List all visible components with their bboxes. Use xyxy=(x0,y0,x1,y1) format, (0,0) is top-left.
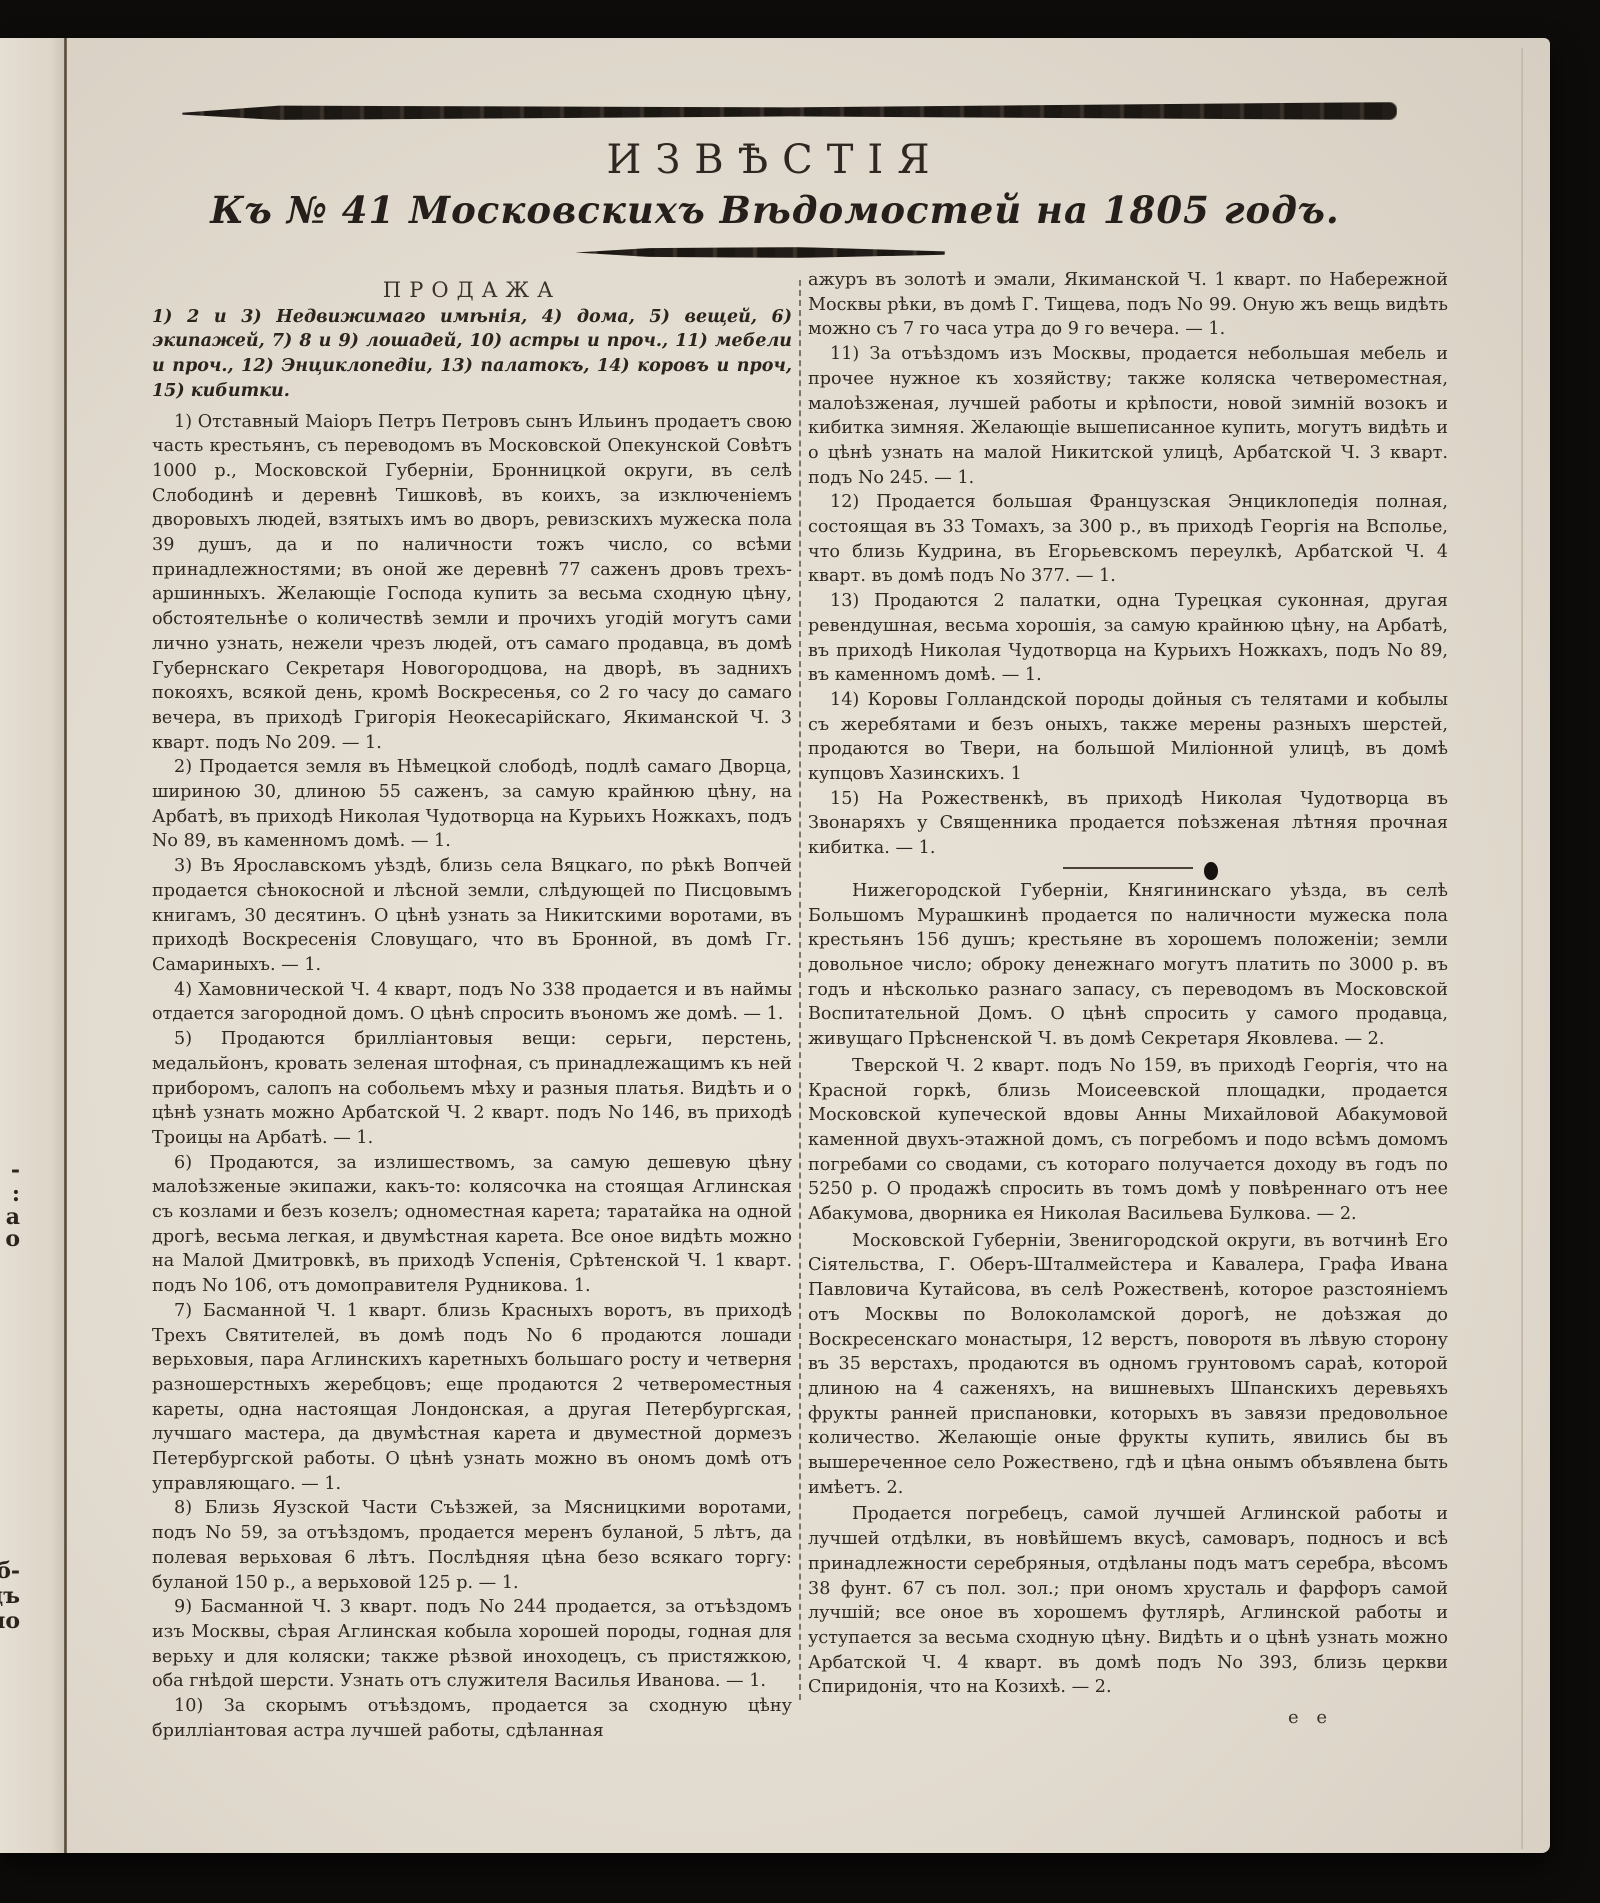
advert-7: 7) Басманной Ч. 1 кварт. близь Красныхъ … xyxy=(152,1299,792,1497)
fragment: - xyxy=(11,1157,20,1183)
page-edges xyxy=(1521,48,1544,1849)
advert-6: 6) Продаются, за излишествомъ, за самую … xyxy=(152,1151,792,1299)
advert-9: 9) Басманной Ч. 3 кварт. подъ No 244 про… xyxy=(152,1595,792,1694)
masthead: ИЗВѢСТІЯ Къ № 41 Московскихъ Вѣдомостей … xyxy=(150,138,1400,234)
fragment: б- xyxy=(0,1558,20,1584)
advert-13: 13) Продаются 2 палатки, одна Турецкая с… xyxy=(808,589,1448,688)
advert-1: 1) Отставный Маіоръ Петръ Петровъ сынъ И… xyxy=(152,410,792,756)
masthead-title: ИЗВѢСТІЯ xyxy=(150,138,1400,182)
left-column: ПРОДАЖА 1) 2 и 3) Недвижимаго имѣнія, 4)… xyxy=(152,278,792,1743)
fragment: цъ xyxy=(0,1583,20,1609)
advert-5: 5) Продаются брилліантовыя вещи: серьги,… xyxy=(152,1027,792,1151)
facing-page-text-fragments: - : а о б- цъ по xyxy=(0,38,60,1853)
ink-blot xyxy=(1204,862,1218,880)
column-divider xyxy=(799,280,801,1700)
advert-3: 3) Въ Ярославскомъ уѣздѣ, близь села Вяц… xyxy=(152,854,792,978)
advert-15: 15) На Рожественкѣ, въ приходѣ Николая Ч… xyxy=(808,787,1448,861)
advert-8: 8) Близь Яузской Части Съѣзжей, за Мясни… xyxy=(152,1496,792,1595)
sale-index: 1) 2 и 3) Недвижимаго имѣнія, 4) дома, 5… xyxy=(152,305,792,404)
advert-4: 4) Хамовнической Ч. 4 кварт, подъ No 338… xyxy=(152,978,792,1027)
book-gutter xyxy=(64,38,67,1853)
advert-11: 11) За отъѣздомъ изъ Москвы, продается н… xyxy=(808,342,1448,490)
advert-12: 12) Продается большая Французская Энцикл… xyxy=(808,490,1448,589)
advert-2: 2) Продается земля въ Нѣмецкой слободѣ, … xyxy=(152,755,792,854)
notice-rozhestveno-orchard: Московской Губерніи, Звенигородской окру… xyxy=(808,1229,1448,1501)
signature-mark: е е xyxy=(1288,1707,1333,1728)
notice-nizhny-novgorod-estate: Нижегородской Губерніи, Княгининскаго уѣ… xyxy=(808,879,1448,1052)
section-separator-rule xyxy=(1063,867,1193,869)
advert-14: 14) Коровы Голландской породы дойныя съ … xyxy=(808,688,1448,787)
fragment: по xyxy=(0,1608,20,1634)
fragment: о xyxy=(5,1226,20,1252)
section-heading: ПРОДАЖА xyxy=(152,278,792,303)
advert-10-continued: ажуръ въ золотѣ и эмали, Якиманской Ч. 1… xyxy=(808,268,1448,342)
notice-tverskaya-house: Тверской Ч. 2 кварт. подъ No 159, въ при… xyxy=(808,1054,1448,1227)
notice-silver-tea-set: Продается погребецъ, самой лучшей Аглинс… xyxy=(808,1502,1448,1700)
masthead-subtitle: Къ № 41 Московскихъ Вѣдомостей на 1805 г… xyxy=(150,186,1400,234)
right-column: ажуръ въ золотѣ и эмали, Якиманской Ч. 1… xyxy=(808,268,1448,1700)
advert-10: 10) За скорымъ отъѣздомъ, продается за с… xyxy=(152,1694,792,1743)
